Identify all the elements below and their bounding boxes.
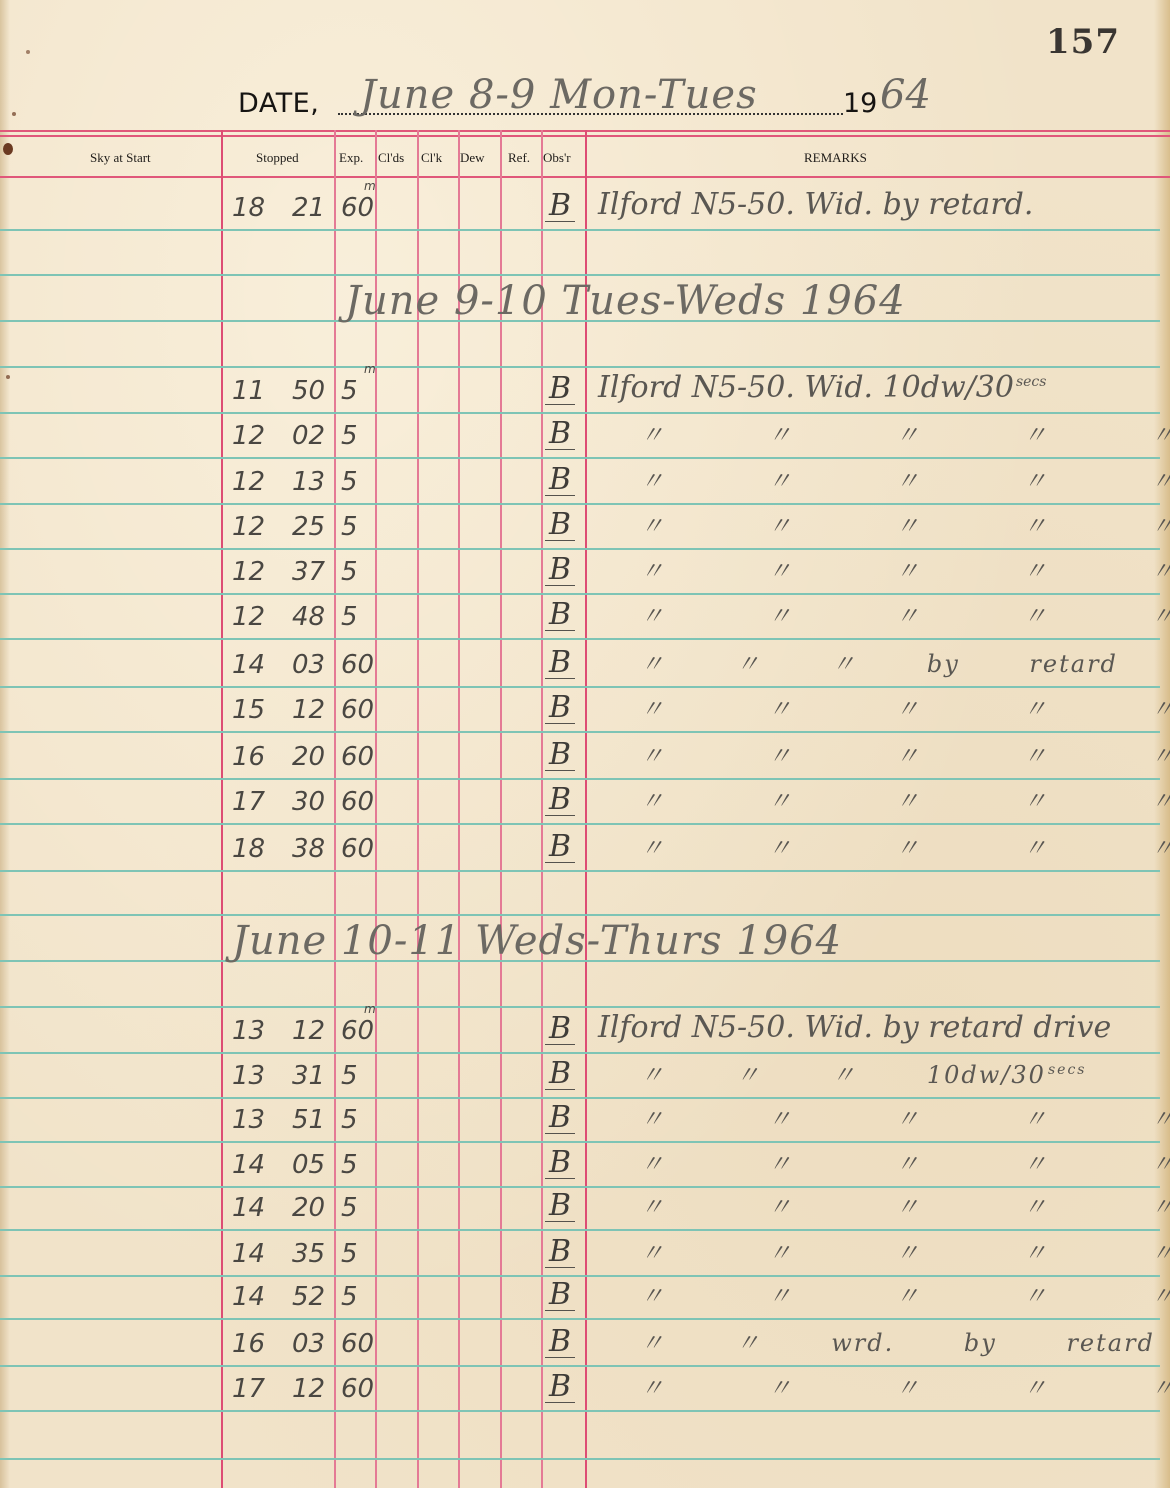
column-header-remarks: REMARKS	[804, 150, 867, 166]
ink-dot	[6, 375, 10, 379]
handwritten-year: 64	[880, 72, 931, 118]
ruled-line	[0, 593, 1160, 595]
exposure-unit: m	[364, 362, 376, 376]
stopped-minute: 38	[292, 834, 325, 864]
column-rule-sky	[221, 130, 223, 1488]
remark-text: 〃 〃 〃 〃 〃	[640, 1276, 1170, 1311]
exposure: 5	[341, 1193, 358, 1223]
column-rule-obsr	[585, 130, 587, 1488]
stopped-hour: 12	[232, 421, 265, 451]
observer-initial: B	[545, 1191, 575, 1222]
remark-text: 〃 〃 〃 〃 〃	[640, 1144, 1170, 1179]
stopped-hour: 13	[232, 1061, 265, 1091]
ruled-line	[0, 412, 1160, 414]
stopped-minute: 02	[292, 421, 325, 451]
stopped-minute: 20	[292, 1193, 325, 1223]
stopped-minute: 50	[292, 376, 325, 406]
stopped-hour: 14	[232, 1150, 265, 1180]
observer-initial: B	[545, 1059, 575, 1090]
column-header-exp: Exp.	[339, 150, 363, 166]
remark-text: 〃 〃 〃 〃 〃 〃	[640, 736, 1170, 771]
stopped-hour: 17	[232, 1374, 265, 1404]
remark-text: 〃 〃 〃 10dw/30secs	[640, 1055, 1086, 1090]
ink-stain	[3, 143, 13, 155]
stopped-hour: 12	[232, 557, 265, 587]
ruled-line	[0, 1141, 1160, 1143]
observer-initial: B	[545, 1148, 575, 1179]
stopped-minute: 48	[292, 602, 325, 632]
observer-initial: B	[545, 510, 575, 541]
ruled-line	[0, 1318, 1160, 1320]
stopped-minute: 03	[292, 650, 325, 680]
stopped-minute: 51	[292, 1105, 325, 1135]
stopped-minute: 21	[292, 193, 325, 223]
remark-text: 〃 〃 〃 by retard drive	[640, 644, 1170, 679]
exposure: 60	[341, 787, 374, 817]
stopped-minute: 25	[292, 512, 325, 542]
exposure-unit: m	[364, 1002, 376, 1016]
ruled-line	[0, 823, 1160, 825]
exposure: 5	[341, 1150, 358, 1180]
remark-text: 〃 〃 〃 〃 〃 〃	[640, 689, 1170, 724]
observer-initial: B	[545, 600, 575, 631]
exposure: 5	[341, 1105, 358, 1135]
remark-text: 〃 〃 〃 〃 〃	[640, 1099, 1170, 1134]
date-label: DATE,	[238, 88, 319, 119]
exposure-unit: m	[364, 179, 376, 193]
column-header-obsr: Obs'r	[543, 150, 571, 166]
ruled-line	[0, 1458, 1160, 1460]
remark-text: Ilford N5-50. Wid. by retard.	[598, 187, 1033, 222]
ruled-line	[0, 686, 1160, 688]
exposure: 60	[341, 742, 374, 772]
exposure: 5	[341, 512, 358, 542]
ruled-line	[0, 1229, 1160, 1231]
exposure: 60	[341, 650, 374, 680]
remark-text: 〃 〃 〃 〃 〃 〃	[640, 781, 1170, 816]
exposure: 60	[341, 1374, 374, 1404]
remark-text: 〃 〃 〃 〃 〃	[640, 596, 1170, 631]
observer-initial: B	[545, 555, 575, 586]
observer-initial: B	[545, 1237, 575, 1268]
observer-initial: B	[545, 1372, 575, 1403]
observer-initial: B	[545, 785, 575, 816]
column-rule-stopped	[334, 130, 336, 1488]
column-header-ref: Ref.	[508, 150, 530, 166]
column-header-dew: Dew	[460, 150, 485, 166]
remark-text: 〃 〃 wrd. by retard drive.	[640, 1323, 1170, 1358]
stopped-minute: 37	[292, 557, 325, 587]
column-rule-dew	[500, 130, 502, 1488]
observer-initial: B	[545, 740, 575, 771]
observer-initial: B	[545, 1014, 575, 1045]
ruled-line	[0, 870, 1160, 872]
stopped-minute: 12	[292, 1016, 325, 1046]
ruled-line	[0, 503, 1160, 505]
year-prefix: 19	[843, 88, 877, 119]
page-left-edge-shadow	[0, 0, 10, 1488]
observer-initial: B	[545, 1327, 575, 1358]
exposure: 5	[341, 557, 358, 587]
section-heading: June 9-10 Tues-Weds 1964	[345, 278, 906, 324]
exposure: 60	[341, 1329, 374, 1359]
stopped-hour: 13	[232, 1016, 265, 1046]
stopped-minute: 35	[292, 1239, 325, 1269]
stopped-hour: 12	[232, 512, 265, 542]
observer-initial: B	[545, 1280, 575, 1311]
stopped-minute: 31	[292, 1061, 325, 1091]
exposure: 5	[341, 376, 358, 406]
exposure: 5	[341, 1061, 358, 1091]
ruled-line	[0, 778, 1160, 780]
stopped-hour: 16	[232, 742, 265, 772]
remark-text: 〃 〃 〃 〃 〃	[640, 1187, 1170, 1222]
column-header-clk: Cl'k	[421, 150, 442, 166]
observer-initial: B	[545, 1103, 575, 1134]
ruled-line	[0, 731, 1160, 733]
exposure: 60	[341, 834, 374, 864]
exposure: 5	[341, 1282, 358, 1312]
stopped-hour: 17	[232, 787, 265, 817]
page-number: 157	[1046, 22, 1120, 62]
column-header-clds: Cl'ds	[378, 150, 404, 166]
observer-initial: B	[545, 191, 575, 222]
remark-text: Ilford N5-50. Wid. by retard drive	[598, 1010, 1111, 1045]
observer-initial: B	[545, 693, 575, 724]
ruled-line	[0, 548, 1160, 550]
stopped-minute: 20	[292, 742, 325, 772]
exposure: 5	[341, 1239, 358, 1269]
stopped-minute: 05	[292, 1150, 325, 1180]
column-rule-exp	[375, 130, 377, 1488]
remark-text: 〃 〃 〃 〃 〃	[640, 415, 1170, 450]
ruled-line	[0, 229, 1160, 231]
ruled-line	[0, 1410, 1160, 1412]
ruled-line	[0, 1006, 1160, 1008]
stopped-minute: 52	[292, 1282, 325, 1312]
stopped-minute: 12	[292, 695, 325, 725]
observer-initial: B	[545, 648, 575, 679]
exposure: 60	[341, 1016, 374, 1046]
remark-text: 〃 〃 〃 〃 〃	[640, 461, 1170, 496]
exposure: 60	[341, 193, 374, 223]
remark-text: 〃 〃 〃 〃 〃	[640, 551, 1170, 586]
ruled-line	[0, 914, 1160, 916]
ruled-line	[0, 1365, 1160, 1367]
observer-initial: B	[545, 374, 575, 405]
ruled-line	[0, 1052, 1160, 1054]
remark-text: 〃 〃 〃 〃 〃	[640, 506, 1170, 541]
stopped-hour: 14	[232, 1193, 265, 1223]
handwritten-date: June 8-9 Mon-Tues	[360, 72, 758, 118]
stopped-hour: 14	[232, 1282, 265, 1312]
column-rule-clk	[458, 130, 460, 1488]
stopped-hour: 14	[232, 650, 265, 680]
remark-text: 〃 〃 〃 〃 〃	[640, 1233, 1170, 1268]
observer-initial: B	[545, 465, 575, 496]
remark-text: 〃 〃 〃 〃 〃 〃	[640, 828, 1170, 863]
ruled-line	[0, 457, 1160, 459]
column-header-stopped: Stopped	[256, 150, 299, 166]
observer-initial: B	[545, 419, 575, 450]
stopped-hour: 14	[232, 1239, 265, 1269]
stopped-hour: 12	[232, 467, 265, 497]
ink-dot	[26, 50, 30, 54]
observer-initial: B	[545, 832, 575, 863]
stopped-minute: 30	[292, 787, 325, 817]
section-heading: June 10-11 Weds-Thurs 1964	[232, 918, 842, 964]
stopped-hour: 15	[232, 695, 265, 725]
stopped-hour: 18	[232, 834, 265, 864]
ink-dot	[12, 112, 16, 116]
stopped-hour: 16	[232, 1329, 265, 1359]
remark-superscript: secs	[1048, 1062, 1087, 1078]
stopped-hour: 18	[232, 193, 265, 223]
stopped-minute: 03	[292, 1329, 325, 1359]
ruled-line	[0, 366, 1160, 368]
exposure: 5	[341, 602, 358, 632]
remark-text: Ilford N5-50. Wid. 10dw/30secs	[598, 370, 1046, 405]
remark-superscript: secs	[1016, 374, 1047, 390]
column-rule-ref	[541, 130, 543, 1488]
remark-text: 〃 〃 〃 〃 〃 〃 〃	[640, 1368, 1170, 1403]
ruled-line	[0, 274, 1160, 276]
ruled-line	[0, 638, 1160, 640]
column-header-sky: Sky at Start	[90, 150, 151, 166]
stopped-minute: 12	[292, 1374, 325, 1404]
column-rule-clds	[417, 130, 419, 1488]
stopped-hour: 13	[232, 1105, 265, 1135]
stopped-hour: 11	[232, 376, 265, 406]
stopped-hour: 12	[232, 602, 265, 632]
exposure: 60	[341, 695, 374, 725]
stopped-minute: 13	[292, 467, 325, 497]
exposure: 5	[341, 467, 358, 497]
exposure: 5	[341, 421, 358, 451]
